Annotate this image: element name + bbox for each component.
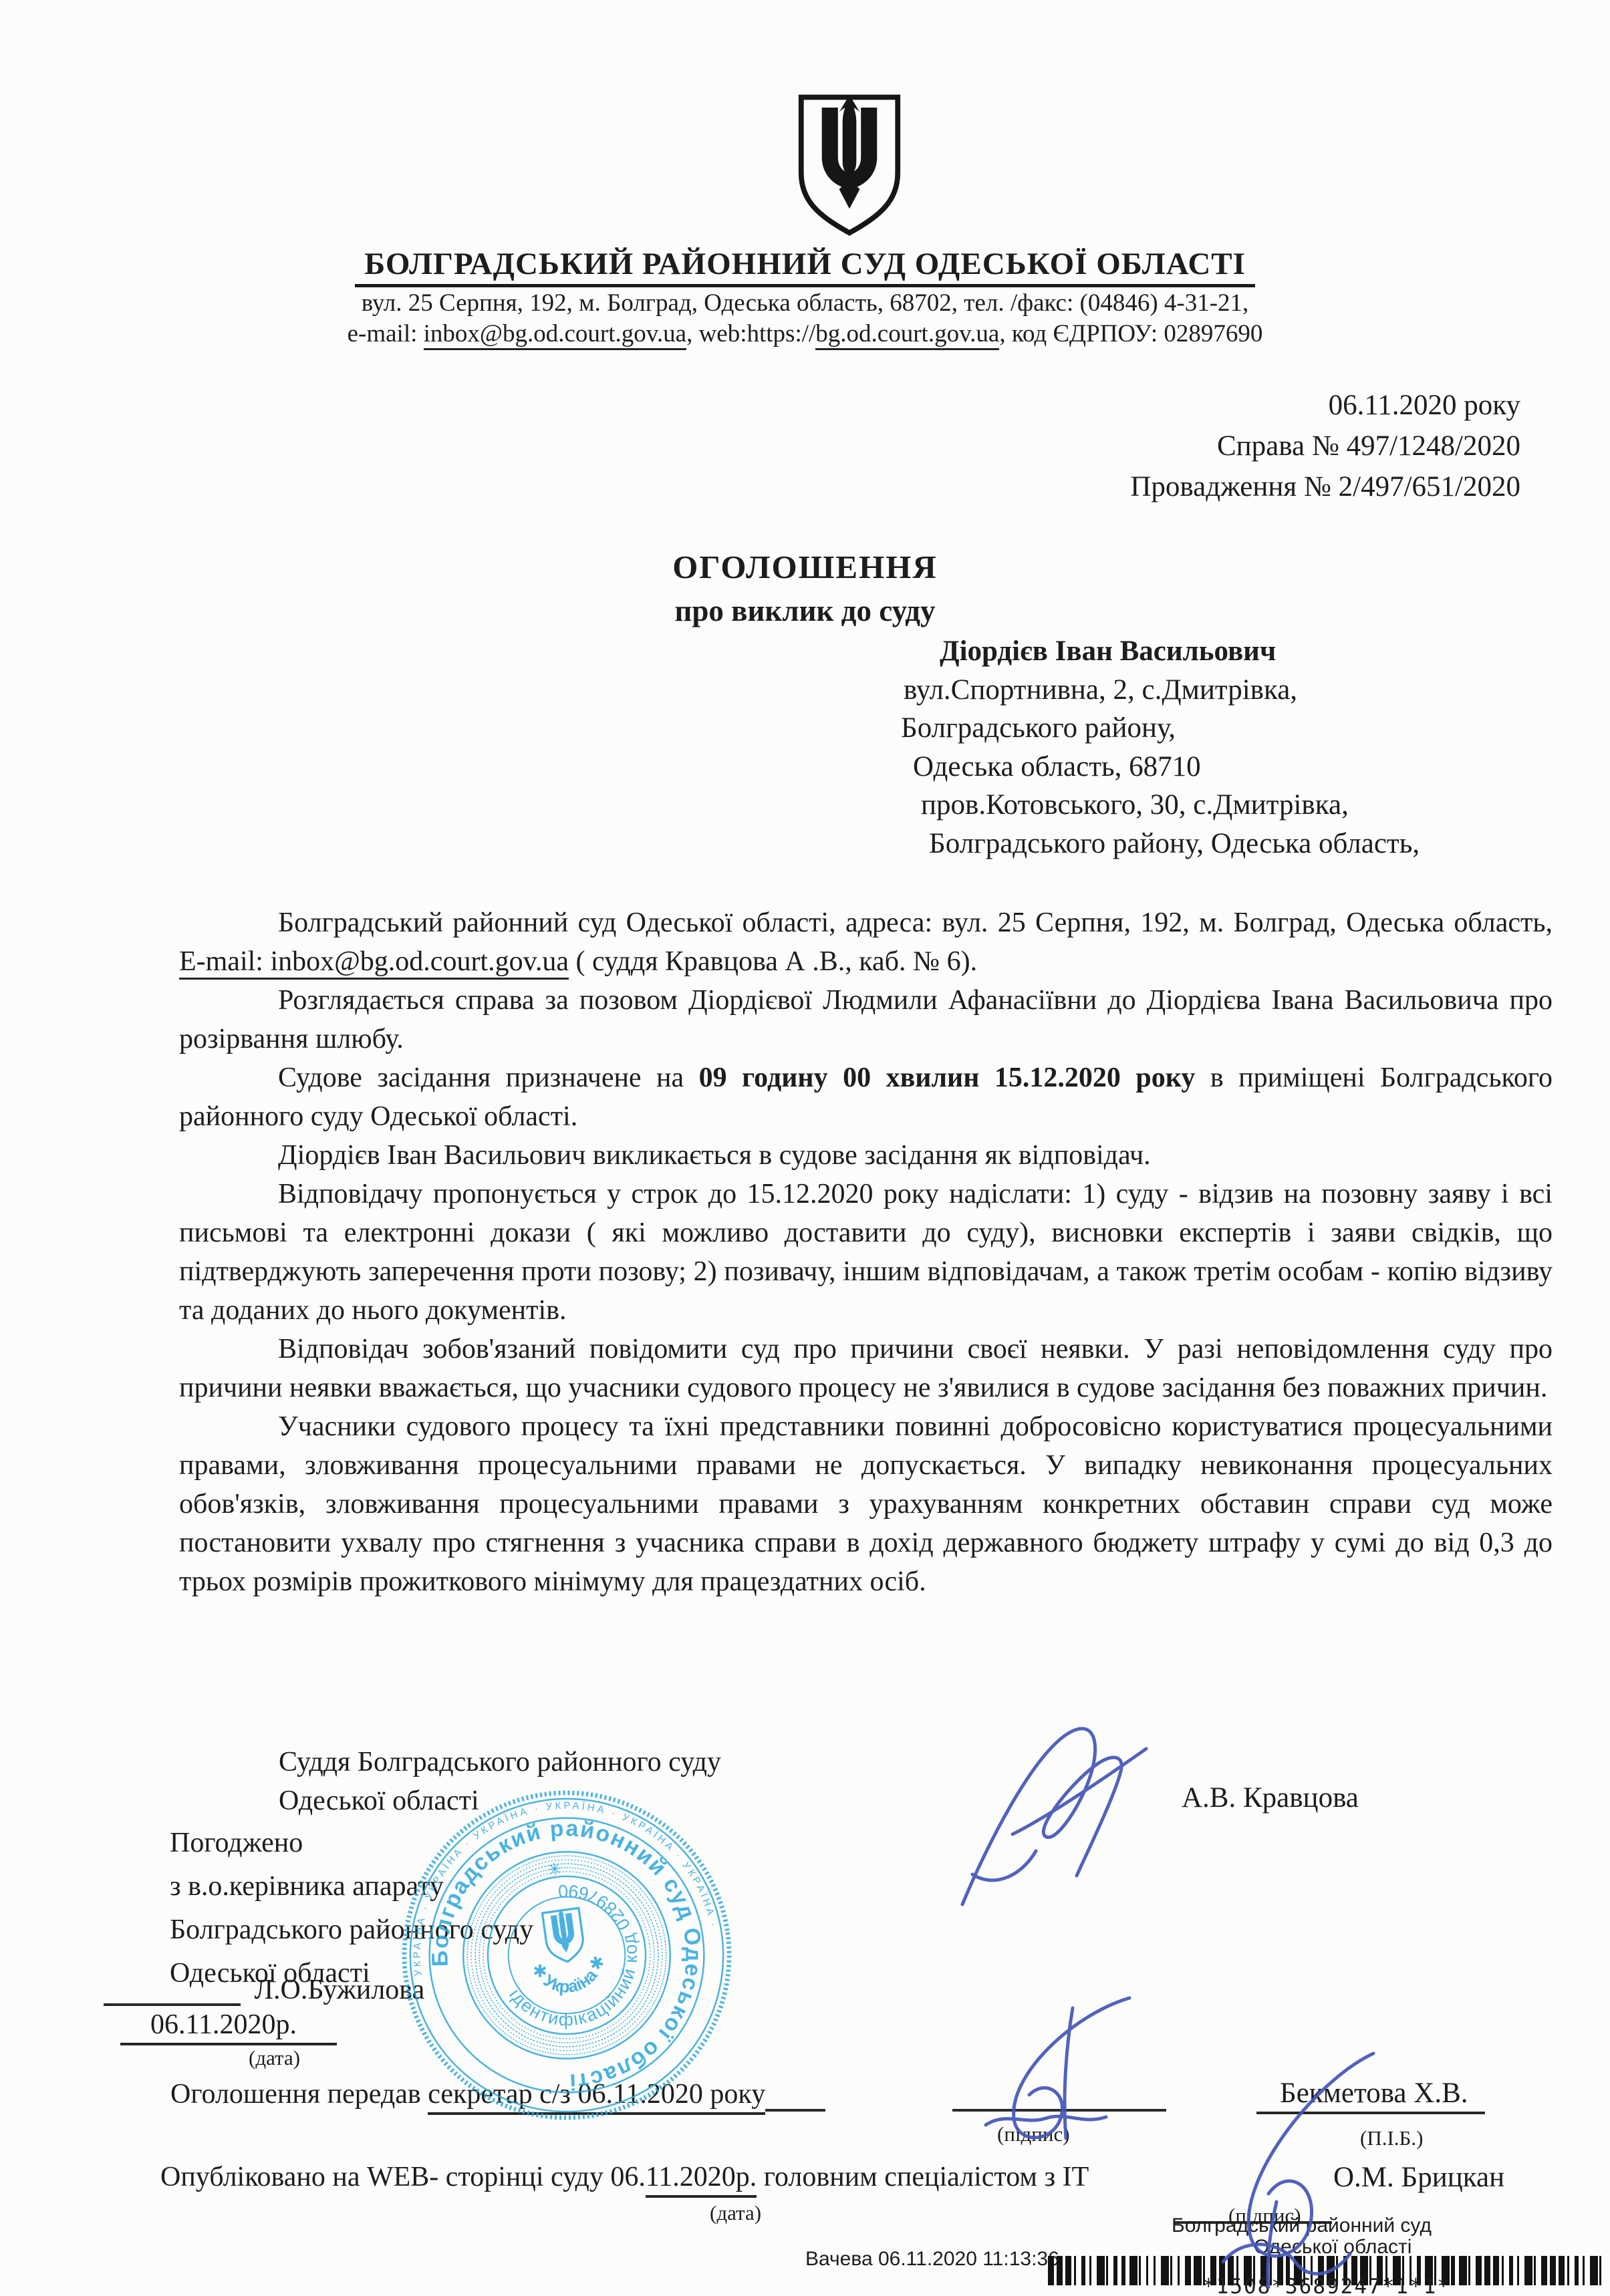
- head-of-staff-name: Л.О.Бужилова: [255, 1975, 425, 2005]
- secretary-signature-line: [952, 2078, 1166, 2112]
- recipient-block: Діордієв Іван Васильович вул.Спортнивна,…: [901, 632, 1420, 863]
- recipient-address-line: пров.Котовського, 30, с.Дмитрівка,: [901, 786, 1420, 825]
- case-info-block: 06.11.2020 року Справа № 497/1248/2020 П…: [1130, 385, 1520, 507]
- court-email: inbox@bg.od.court.gov.ua: [424, 320, 686, 350]
- court-document-page: БОЛГРАДСЬКИЙ РАЙОННИЙ СУД ОДЕСЬКОЇ ОБЛАС…: [0, 0, 1610, 2296]
- court-contacts-line: e-mail: inbox@bg.od.court.gov.ua, web:ht…: [0, 319, 1610, 348]
- ukraine-trident-emblem: [792, 86, 907, 245]
- paragraph-summons: Діордієв Іван Васильович викликається в …: [179, 1136, 1553, 1175]
- footer-court-line2: Одеської області: [1254, 2236, 1412, 2259]
- judge-name: А.В. Кравцова: [1182, 1781, 1359, 1814]
- published-row: Опубліковано на WEB- сторінці суду 06.11…: [160, 2161, 1089, 2193]
- judge-signature: [946, 1707, 1166, 1914]
- court-email-inline: E-mail: inbox@bg.od.court.gov.ua: [179, 946, 569, 980]
- operator-timestamp: Вачева 06.11.2020 11:13:36: [805, 2248, 1059, 2271]
- date-label: (дата): [249, 2046, 300, 2070]
- body-text: Болградський районний суд Одеської облас…: [179, 903, 1553, 1601]
- proceeding-number: Провадження № 2/497/651/2020: [1130, 466, 1520, 507]
- document-subtitle: про виклик до суду: [0, 593, 1610, 628]
- footer-court-line1: Болградський районний суд: [1172, 2214, 1432, 2237]
- signature-label: (підпис): [997, 2122, 1070, 2146]
- published-date: 11.2020р.: [646, 2162, 757, 2198]
- paragraph-hearing: Судове засідання призначене на 09 годину…: [179, 1058, 1553, 1136]
- paragraph-absence-notice: Відповідач зобов'язаний повідомити суд п…: [179, 1330, 1553, 1407]
- recipient-name: Діордієв Іван Васильович: [901, 632, 1420, 671]
- line-extension: [765, 2079, 825, 2112]
- hearing-datetime: 09 годину 00 хвилин 15.12.2020 року: [699, 1062, 1196, 1093]
- barcode-text: *1508*3689247*1*1*: [1109, 2275, 1544, 2296]
- pib-label: (П.І.Б.): [1360, 2126, 1423, 2150]
- signature-line: [104, 1974, 241, 2006]
- agreed-date: 06.11.2020р.: [120, 2009, 337, 2045]
- secretary-name: Бекметова Х.В.: [1256, 2077, 1485, 2110]
- case-number: Справа № 497/1248/2020: [1130, 426, 1520, 466]
- recipient-address-line: Одеська область, 68710: [901, 748, 1420, 786]
- recipient-address-line: Болградського району, Одеська область,: [901, 825, 1420, 863]
- paragraph-court-address: Болградський районний суд Одеської облас…: [179, 903, 1553, 981]
- paragraph-response-deadline: Відповідачу пропонується у строк до 15.1…: [179, 1175, 1553, 1330]
- recipient-address-line: вул.Спортнивна, 2, с.Дмитрівка,: [901, 671, 1420, 710]
- it-specialist-name: О.М. Брицкан: [1333, 2161, 1504, 2194]
- paragraph-case-subject: Розглядається справа за позовом Діордієв…: [179, 981, 1553, 1058]
- recipient-address-line: Болградського району,: [901, 709, 1420, 748]
- published-date-label: (дата): [710, 2201, 761, 2225]
- svg-text:✳: ✳: [546, 1860, 563, 1880]
- court-name-heading: БОЛГРАДСЬКИЙ РАЙОННИЙ СУД ОДЕСЬКОЇ ОБЛАС…: [0, 246, 1610, 282]
- agreed-date-row: 06.11.2020р.: [120, 2009, 337, 2041]
- document-date: 06.11.2020 року: [1130, 385, 1520, 426]
- head-of-staff-row: Л.О.Бужилова: [104, 1974, 424, 2006]
- court-address-line: вул. 25 Серпня, 192, м. Болград, Одеська…: [0, 289, 1610, 317]
- document-title: ОГОЛОШЕННЯ: [0, 548, 1610, 586]
- court-website: bg.od.court.gov.ua: [815, 320, 999, 350]
- paragraph-procedural-duties: Учасники судового процесу та їхні предст…: [179, 1407, 1553, 1601]
- court-stamp: УКРАЇНА · УКРАЇНА · УКРАЇНА · УКРАЇНА · …: [401, 1789, 732, 2121]
